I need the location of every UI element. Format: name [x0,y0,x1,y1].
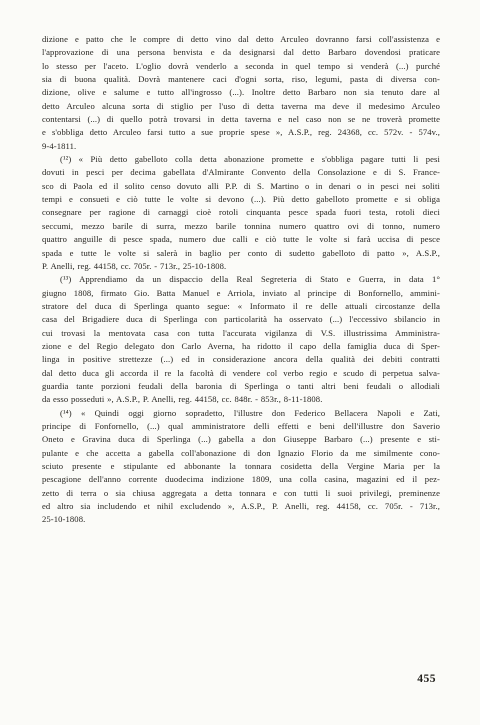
text-line: cui trovasi la mentovata casa con tutta … [42,327,440,340]
text-line: (¹³) Apprendiamo da un dispaccio della R… [42,273,440,286]
text-line: guardia tante porzioni feudali della bar… [42,380,440,393]
text-line: dizione e patto che le compre di detto v… [42,33,440,46]
page: { "page": { "number": "455", "paragraphs… [0,0,480,725]
text-line: dovuti in pesci per decima gabellata d'A… [42,166,440,179]
text-line: spada e tutte le volte si salerà in bagl… [42,247,440,260]
text-line: detto Arculeo alcuna sorta di stiglio pe… [42,100,440,113]
text-line: principe di Fonfornello, (...) qual ammi… [42,420,440,433]
text-line: dizione, olive e salume e tutto all'ingr… [42,86,440,99]
text-line: 9-4-1811. [42,140,440,153]
text-line: e s'obbliga detto Arculeo farsi tutto a … [42,126,440,139]
text-line: lo stesso per l'aceto. L'oglio dovrà ven… [42,60,440,73]
text-line: sciuto presente e stipulante ed abbonant… [42,460,440,473]
text-line: stratore del duca di Sperlinga quanto se… [42,300,440,313]
text-line: pescagione dell'anno corrente duodecima … [42,473,440,486]
text-line: (¹⁴) « Quindi oggi giorno sopradetto, l'… [42,407,440,420]
text-line: l'approvazione di una persona benvista e… [42,46,440,59]
text-line: zione e del Regio delegato don Carlo Ave… [42,340,440,353]
text-line: pulante e che accetta a gabella coll'abo… [42,447,440,460]
text-line: sco di Paola ed il solito censo dovuto a… [42,180,440,193]
text-line: contentarsi (...) di quello potrà trovar… [42,113,440,126]
text-block: dizione e patto che le compre di detto v… [42,33,440,527]
text-line: ed altro sia includendo et nihil exclude… [42,500,440,513]
page-number: 455 [417,673,436,685]
text-line: seccumi, mezzo barile di surra, mezzo ba… [42,220,440,233]
book-page: dizione e patto che le compre di detto v… [0,0,480,725]
text-line: dal detto duca gli accorda il re la faco… [42,367,440,380]
text-line: Oneto e Gravina duca di Sperlinga (...) … [42,433,440,446]
text-line: casa del Brigadiere duca di Sperlinga co… [42,313,440,326]
text-line: giugno 1808, firmato Gio. Batta Manuel e… [42,287,440,300]
text-line: sia di buona qualità. Dovrà mantenere ca… [42,73,440,86]
text-line: zetto di terra o sia chiusa aggregata a … [42,487,440,500]
text-line: tempi e consueti e ciò tutte le volte si… [42,193,440,206]
text-line: linga in positive strettezze (...) ed in… [42,353,440,366]
text-line: P. Anelli, reg. 44158, cc. 705r. - 713r.… [42,260,440,273]
text-line: 25-10-1808. [42,513,440,526]
text-line: quattro anguille di pesce spada, numero … [42,233,440,246]
text-line: da esso posseduti », A.S.P., P. Anelli, … [42,393,440,406]
text-line: (¹²) « Più detto gabelloto colla detta a… [42,153,440,166]
text-line: consegnare per ragione di carnaggi cioè … [42,206,440,219]
